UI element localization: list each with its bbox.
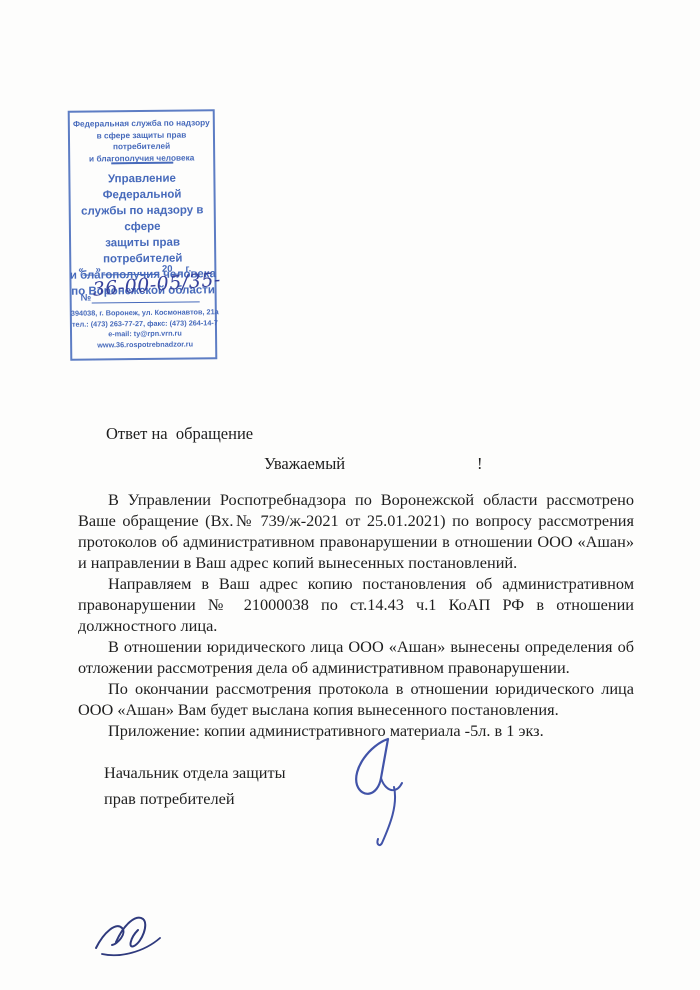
letter-body: В Управлении Роспотребнадзора по Воронеж… — [78, 489, 634, 741]
signature-descender — [377, 787, 395, 845]
date-day-blank — [84, 265, 96, 275]
initials-stroke — [116, 918, 145, 947]
reviewer-initials-ink — [88, 906, 168, 964]
stamp-header-line: Федеральная служба по надзору — [68, 117, 215, 130]
stamp-org-line: Управление Федеральной — [67, 170, 216, 204]
scanned-letter-page: { "ink": { "stamp_blue": "#3e63b8", "pen… — [0, 0, 700, 990]
salutation: Уважаемый — [264, 454, 345, 474]
stamp-contacts: 394038, г. Воронеж, ул. Космонавтов, 21а… — [62, 307, 228, 351]
paragraph: В отношении юридического лица ООО «Ашан»… — [78, 636, 634, 678]
signature-ink — [340, 733, 415, 848]
paragraph: В Управлении Роспотребнадзора по Воронеж… — [78, 489, 634, 573]
signer-title-line: Начальник отдела защиты — [104, 760, 286, 786]
number-label: № — [81, 293, 92, 304]
paragraph: По окончании рассмотрения протокола в от… — [78, 678, 634, 720]
stamp-divider — [111, 162, 173, 165]
stamp-header: Федеральная служба по надзору в сфере за… — [68, 117, 215, 165]
stamp-org-line: службы по надзору в сфере — [68, 202, 217, 236]
letter-subject: Ответ на обращение — [106, 424, 253, 444]
stamp-website: www.36.rospotrebnadzor.ru — [62, 339, 228, 351]
signature-loop — [356, 739, 388, 794]
signer-title-line: прав потребителей — [104, 786, 286, 812]
salutation-punctuation: ! — [477, 454, 483, 474]
paragraph: Направляем в Ваш адрес копию постановлен… — [78, 573, 634, 636]
rospotrebnadzor-stamp: Федеральная служба по надзору в сфере за… — [68, 109, 218, 361]
stamp-header-line: в сфере защиты прав потребителей — [68, 129, 215, 154]
signer-title: Начальник отдела защиты прав потребителе… — [104, 760, 286, 812]
signature-hook — [381, 778, 402, 790]
